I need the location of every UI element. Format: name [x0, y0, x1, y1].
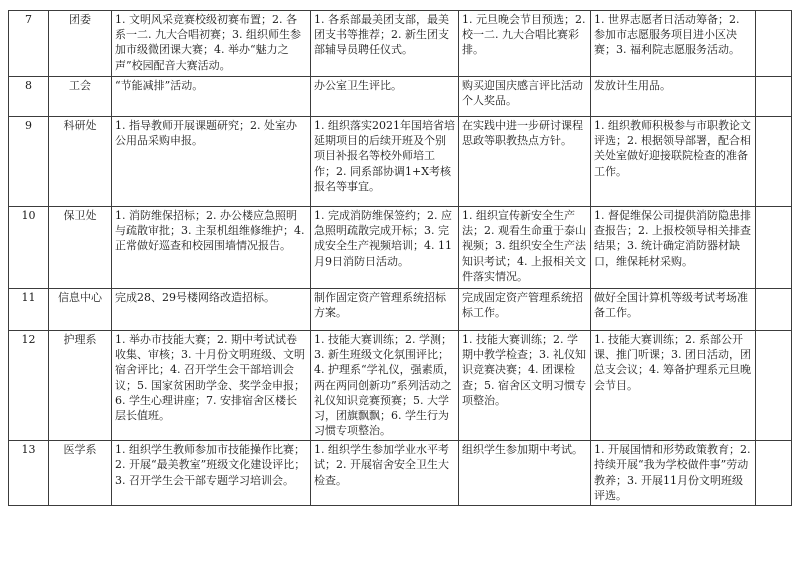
task-cell: “节能减排”活动。 — [112, 77, 311, 117]
empty-cell — [756, 331, 792, 441]
department-weekly-schedule-table: 7 团委 1. 文明风采竞赛校级初赛布置；2. 各系一二. 九大合唱初赛；3. … — [8, 10, 792, 506]
task-cell: 1. 完成消防维保签约；2. 应急照明疏散完成开标；3. 完成安全生产视频培训；… — [311, 207, 459, 289]
row-number-cell: 9 — [9, 117, 49, 207]
task-cell: 完成28、29号楼网络改造招标。 — [112, 289, 311, 331]
task-cell: 在实践中进一步研讨课程思政等职教热点方针。 — [459, 117, 591, 207]
row-number-cell: 13 — [9, 441, 49, 506]
task-cell: 1. 组织落实2021年国培省培延期项目的后续开班及个别项目补报名等校外师培工作… — [311, 117, 459, 207]
task-cell: 1. 组织宣传新安全生产法；2. 观看生命重于泰山视频；3. 组织安全生产法知识… — [459, 207, 591, 289]
empty-cell — [756, 77, 792, 117]
task-cell: 1. 技能大赛训练；2. 学测；3. 新生班级文化氛围评比；4. 护理系“学礼仪… — [311, 331, 459, 441]
department-cell: 科研处 — [49, 117, 112, 207]
table-row: 9 科研处 1. 指导教师开展课题研究；2. 处室办公用品采购申报。 1. 组织… — [9, 117, 792, 207]
task-cell: 办公室卫生评比。 — [311, 77, 459, 117]
task-cell: 制作固定资产管理系统招标方案。 — [311, 289, 459, 331]
task-cell: 1. 消防维保招标；2. 办公楼应急照明与疏散审批；3. 主泵机组维修维护；4.… — [112, 207, 311, 289]
table-row: 10 保卫处 1. 消防维保招标；2. 办公楼应急照明与疏散审批；3. 主泵机组… — [9, 207, 792, 289]
task-cell: 1. 组织学生教师参加市技能操作比赛；2. 开展“最美教室”班级文化建设评比；3… — [112, 441, 311, 506]
row-number-cell: 10 — [9, 207, 49, 289]
task-cell: 1. 技能大赛训练；2. 系部公开课、推门听课；3. 团日活动，团总支会议；4.… — [591, 331, 756, 441]
department-cell: 信息中心 — [49, 289, 112, 331]
task-cell: 购买迎国庆感言评比活动个人奖品。 — [459, 77, 591, 117]
task-cell: 做好全国计算机等级考试考场准备工作。 — [591, 289, 756, 331]
table-row: 13 医学系 1. 组织学生教师参加市技能操作比赛；2. 开展“最美教室”班级文… — [9, 441, 792, 506]
row-number-cell: 12 — [9, 331, 49, 441]
empty-cell — [756, 441, 792, 506]
task-cell: 1. 文明风采竞赛校级初赛布置；2. 各系一二. 九大合唱初赛；3. 组织师生参… — [112, 11, 311, 77]
task-cell: 1. 指导教师开展课题研究；2. 处室办公用品采购申报。 — [112, 117, 311, 207]
table-row: 11 信息中心 完成28、29号楼网络改造招标。 制作固定资产管理系统招标方案。… — [9, 289, 792, 331]
department-cell: 护理系 — [49, 331, 112, 441]
task-cell: 1. 组织学生参加学业水平考试；2. 开展宿舍安全卫生大检查。 — [311, 441, 459, 506]
task-cell: 发放计生用品。 — [591, 77, 756, 117]
task-cell: 1. 技能大赛训练；2. 学期中教学检查；3. 礼仪知识竞赛决赛；4. 团课检查… — [459, 331, 591, 441]
task-cell: 组织学生参加期中考试。 — [459, 441, 591, 506]
task-cell: 1. 世界志愿者日活动筹备；2. 参加市志愿服务项目进小区决赛；3. 福利院志愿… — [591, 11, 756, 77]
empty-cell — [756, 117, 792, 207]
task-cell: 1. 开展国情和形势政策教育；2. 持续开展“我为学校做件事”劳动教养；3. 开… — [591, 441, 756, 506]
empty-cell — [756, 11, 792, 77]
task-cell: 1. 举办市技能大赛；2. 期中考试试卷收集、审核；3. 十月份文明班级、文明宿… — [112, 331, 311, 441]
document-page: 7 团委 1. 文明风采竞赛校级初赛布置；2. 各系一二. 九大合唱初赛；3. … — [0, 0, 799, 566]
table-row: 7 团委 1. 文明风采竞赛校级初赛布置；2. 各系一二. 九大合唱初赛；3. … — [9, 11, 792, 77]
department-cell: 团委 — [49, 11, 112, 77]
task-cell: 1. 组织教师积极参与市职教论文评选；2. 根据领导部署，配合相关处室做好迎接联… — [591, 117, 756, 207]
task-cell: 1. 元旦晚会节目预选；2. 校一二. 九大合唱比赛彩排。 — [459, 11, 591, 77]
task-cell: 完成固定资产管理系统招标工作。 — [459, 289, 591, 331]
empty-cell — [756, 207, 792, 289]
row-number-cell: 8 — [9, 77, 49, 117]
empty-cell — [756, 289, 792, 331]
department-cell: 保卫处 — [49, 207, 112, 289]
task-cell: 1. 各系部最美团支部，最美团支书等推荐；2. 新生团支部辅导员聘任仪式。 — [311, 11, 459, 77]
department-cell: 工会 — [49, 77, 112, 117]
row-number-cell: 7 — [9, 11, 49, 77]
table-row: 8 工会 “节能减排”活动。 办公室卫生评比。 购买迎国庆感言评比活动个人奖品。… — [9, 77, 792, 117]
table-row: 12 护理系 1. 举办市技能大赛；2. 期中考试试卷收集、审核；3. 十月份文… — [9, 331, 792, 441]
department-cell: 医学系 — [49, 441, 112, 506]
task-cell: 1. 督促维保公司提供消防隐患排查报告；2. 上报校领导相关排查结果；3. 统计… — [591, 207, 756, 289]
row-number-cell: 11 — [9, 289, 49, 331]
